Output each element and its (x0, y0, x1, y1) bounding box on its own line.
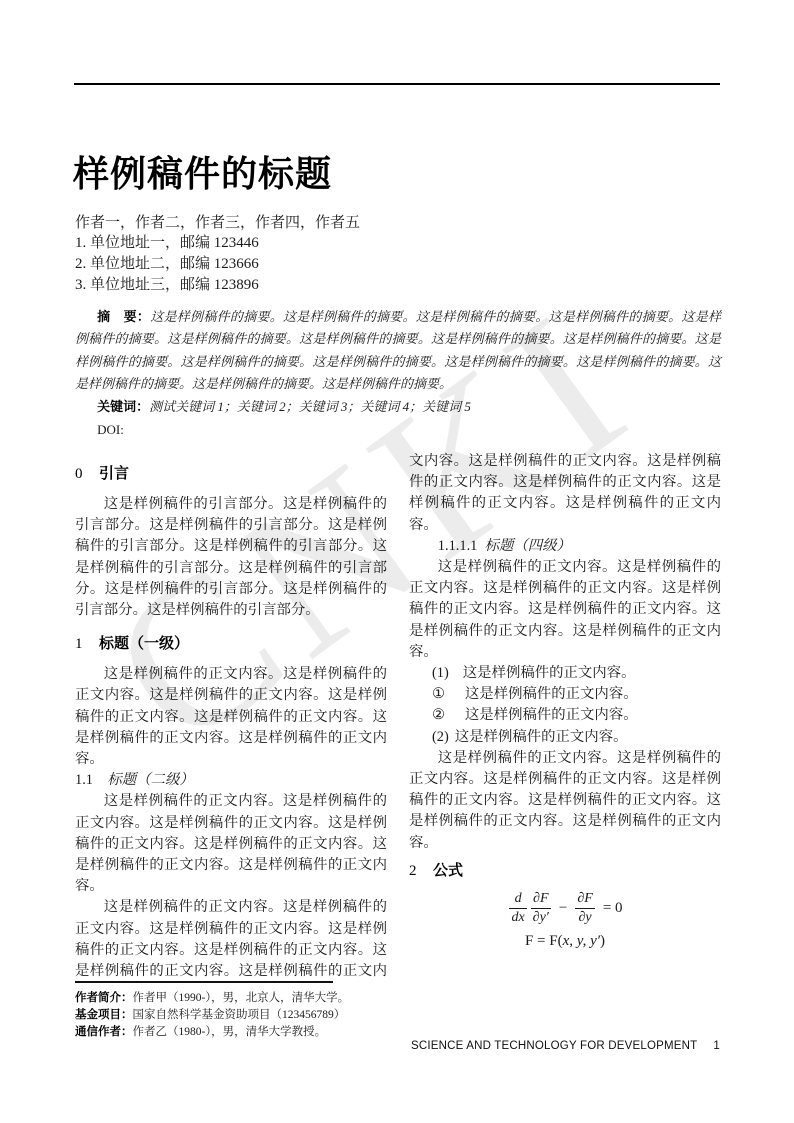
abstract-label: 摘 要： (97, 309, 150, 324)
section-heading-1: 1标题（一级） (75, 633, 387, 655)
fraction-d-dx: ddx (509, 891, 526, 926)
body-paragraph: 这是样例稿件的正文内容。这是样例稿件的正文内容。这是样例稿件的正文内容。这是样例… (409, 748, 721, 854)
footnote-funding: 基金项目：国家自然科学基金资助项目（123456789） (75, 1007, 387, 1024)
abstract-paragraph: 摘 要：这是样例稿件的摘要。这是样例稿件的摘要。这是样例稿件的摘要。这是样例稿件… (75, 306, 721, 396)
section-number: 0 (75, 466, 83, 482)
footnote-block: 作者简介：作者甲（1990-），男，北京人，清华大学。 基金项目：国家自然科学基… (75, 981, 387, 1042)
fraction-dF-dy: ∂F∂y (575, 891, 594, 926)
page-title: 样例稿件的标题 (73, 146, 332, 197)
footnote-label: 作者简介： (75, 992, 133, 1004)
section-heading-1-1: 1.1标题（二级） (75, 770, 387, 791)
footnote-label: 通信作者： (75, 1026, 133, 1038)
equation-rhs: = 0 (603, 900, 623, 916)
section-number: 1 (75, 636, 83, 652)
footnote-text: 国家自然科学基金资助项目（123456789） (133, 1009, 346, 1021)
list-item: ②这是样例稿件的正文内容。 (409, 705, 721, 726)
section-number: 1.1.1.1 (438, 538, 478, 554)
list-item: (1)这是样例稿件的正文内容。 (409, 663, 721, 684)
section-heading-1-1-1-1: 1.1.1.1标题（四级） (409, 536, 721, 557)
keywords-text: 测试关键词 1；关键词 2；关键词 3；关键词 4；关键词 5 (149, 399, 471, 414)
list-text: 这是样例稿件的正文内容。 (455, 727, 721, 748)
abstract-text: 这是样例稿件的摘要。这是样例稿件的摘要。这是样例稿件的摘要。这是样例稿件的摘要。… (75, 309, 721, 391)
document-page: CNKI 样例稿件的标题 作者一，作者二，作者三，作者四，作者五 1. 单位地址… (0, 0, 794, 1123)
affiliation-line: 2. 单位地址二，邮编 123666 (75, 254, 259, 275)
fraction-denominator: dx (509, 909, 526, 926)
body-paragraph: 这是样例稿件的正文内容。这是样例稿件的正文内容。这是样例稿件的正文内容。这是样例… (75, 664, 387, 770)
fraction-denominator: ∂y′ (531, 909, 551, 926)
page-number: 1 (713, 1040, 720, 1052)
page-content: 样例稿件的标题 作者一，作者二，作者三，作者四，作者五 1. 单位地址一，邮编 … (0, 0, 794, 1123)
left-column: 0引言 这是样例稿件的引言部分。这是样例稿件的引言部分。这是样例稿件的引言部分。… (75, 457, 387, 979)
equation-variables: x, y, y′ (563, 933, 600, 949)
doi-line: DOI: (75, 419, 721, 441)
footnote-rule (75, 981, 333, 983)
section-heading-2: 2公式 (409, 860, 721, 882)
section-heading-0: 0引言 (75, 463, 387, 485)
equation-close: ) (600, 933, 605, 949)
equation-euler-lagrange: ddx∂F∂y′−∂F∂y= 0 (409, 891, 721, 926)
footnote-author-bio: 作者简介：作者甲（1990-），男，北京人，清华大学。 (75, 990, 387, 1007)
section-number: 1.1 (75, 772, 93, 788)
list-marker: ② (432, 705, 445, 726)
fraction-dF-dyprime: ∂F∂y′ (531, 891, 551, 926)
keywords-line: 关键词：测试关键词 1；关键词 2；关键词 3；关键词 4；关键词 5 (75, 396, 721, 418)
affiliations: 1. 单位地址一，邮编 123446 2. 单位地址二，邮编 123666 3.… (75, 233, 259, 296)
affiliation-line: 1. 单位地址一，邮编 123446 (75, 233, 259, 254)
list-text: 这是样例稿件的正文内容。 (463, 663, 721, 684)
list-marker: ① (432, 684, 445, 705)
section-title: 标题（四级） (485, 538, 571, 554)
minus-operator: − (559, 900, 567, 916)
list-item: ①这是样例稿件的正文内容。 (409, 684, 721, 705)
section-number: 2 (409, 863, 417, 879)
right-column: 文内容。这是样例稿件的正文内容。这是样例稿件的正文内容。这是样例稿件的正文内容。… (409, 451, 721, 951)
footnote-corresponding-author: 通信作者：作者乙（1980-），男，清华大学教授。 (75, 1024, 387, 1041)
numbered-list: (1)这是样例稿件的正文内容。 ①这是样例稿件的正文内容。 ②这是样例稿件的正文… (409, 663, 721, 748)
keywords-label: 关键词： (97, 399, 149, 414)
footnote-text: 作者甲（1990-），男，北京人，清华大学。 (133, 992, 350, 1004)
authors-line: 作者一，作者二，作者三，作者四，作者五 (75, 211, 360, 232)
affiliation-line: 3. 单位地址三，邮编 123896 (75, 275, 259, 296)
page-footer: SCIENCE AND TECHNOLOGY FOR DEVELOPMENT1 (411, 1040, 720, 1052)
footnote-text: 作者乙（1980-），男，清华大学教授。 (133, 1026, 327, 1038)
body-paragraph: 这是样例稿件的正文内容。这是样例稿件的正文内容。这是样例稿件的正文内容。这是样例… (75, 897, 387, 979)
list-marker: (1) (432, 663, 449, 684)
list-item: (2)这是样例稿件的正文内容。 (409, 727, 721, 748)
journal-name: SCIENCE AND TECHNOLOGY FOR DEVELOPMENT (411, 1040, 697, 1052)
section-title: 标题（一级） (99, 635, 189, 652)
fraction-numerator: ∂F (531, 891, 551, 909)
section-title: 公式 (433, 862, 463, 879)
intro-paragraph: 这是样例稿件的引言部分。这是样例稿件的引言部分。这是样例稿件的引言部分。这是样例… (75, 494, 387, 621)
list-marker: (2) (432, 727, 449, 748)
abstract-block: 摘 要：这是样例稿件的摘要。这是样例稿件的摘要。这是样例稿件的摘要。这是样例稿件… (75, 306, 721, 441)
body-paragraph: 这是样例稿件的正文内容。这是样例稿件的正文内容。这是样例稿件的正文内容。这是样例… (409, 557, 721, 663)
list-text: 这是样例稿件的正文内容。 (465, 684, 721, 705)
header-rule (74, 83, 720, 85)
fraction-numerator: d (509, 891, 526, 909)
section-title: 标题（二级） (107, 772, 193, 788)
list-text: 这是样例稿件的正文内容。 (465, 705, 721, 726)
body-paragraph: 这是样例稿件的正文内容。这是样例稿件的正文内容。这是样例稿件的正文内容。这是样例… (75, 791, 387, 897)
section-title: 引言 (99, 465, 129, 482)
body-paragraph-split-right: 文内容。这是样例稿件的正文内容。这是样例稿件的正文内容。这是样例稿件的正文内容。… (409, 451, 721, 536)
equation-lead: F = F( (525, 933, 563, 949)
fraction-denominator: ∂y (575, 909, 594, 926)
footnote-label: 基金项目： (75, 1009, 133, 1021)
fraction-numerator: ∂F (575, 891, 594, 909)
equation-functional: F = F(x, y, y′) (409, 933, 721, 950)
